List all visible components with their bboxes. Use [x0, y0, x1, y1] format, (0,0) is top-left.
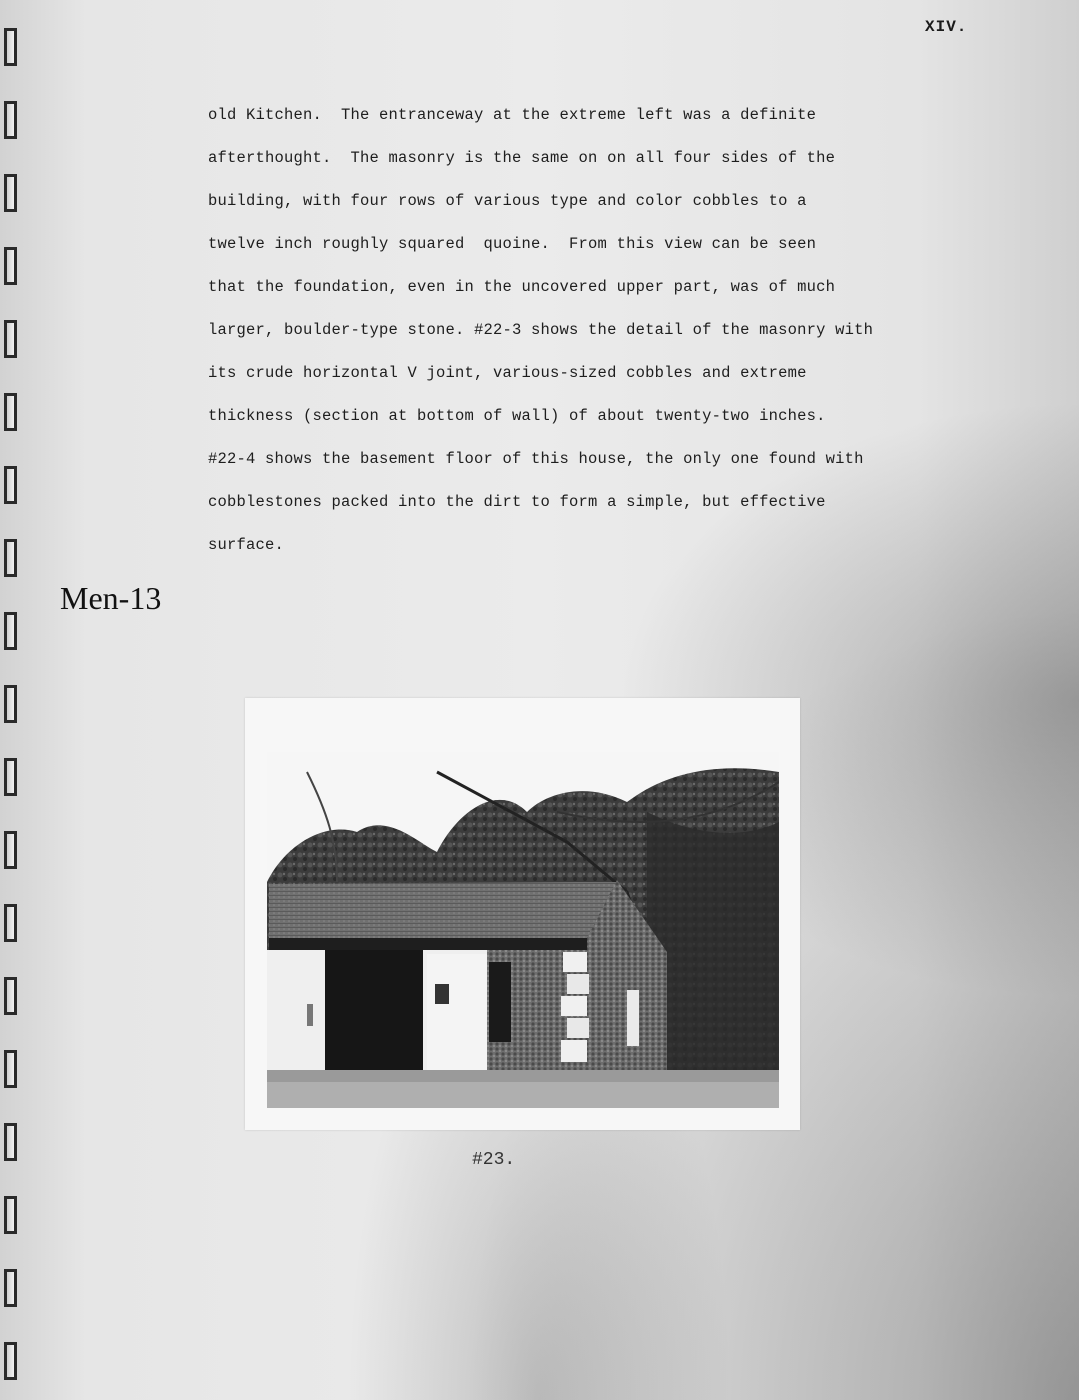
text-line: that the foundation, even in the uncover…: [208, 272, 968, 315]
binding-hole-icon: [4, 1196, 17, 1234]
building-photo: [267, 752, 779, 1108]
text-line: afterthought. The masonry is the same on…: [208, 143, 968, 186]
text-line: building, with four rows of various type…: [208, 186, 968, 229]
text-line: old Kitchen. The entranceway at the extr…: [208, 100, 968, 143]
text-line: larger, boulder-type stone. #22-3 shows …: [208, 315, 968, 358]
binding-hole-icon: [4, 612, 17, 650]
binding-hole-icon: [4, 1050, 17, 1088]
page-number: XIV.: [925, 18, 967, 36]
binding-hole-icon: [4, 758, 17, 796]
binding-hole-icon: [4, 539, 17, 577]
binding-hole-icon: [4, 393, 17, 431]
document-page: XIV. old Kitchen. The entranceway at the…: [0, 0, 1079, 1400]
binding-hole-icon: [4, 101, 17, 139]
binding-holes: [4, 0, 24, 1400]
binding-hole-icon: [4, 247, 17, 285]
photo-image: [267, 752, 779, 1108]
text-line: twelve inch roughly squared quoine. From…: [208, 229, 968, 272]
text-line: surface.: [208, 530, 968, 573]
binding-hole-icon: [4, 685, 17, 723]
text-line: thickness (section at bottom of wall) of…: [208, 401, 968, 444]
binding-hole-icon: [4, 1269, 17, 1307]
archive-label: Men-13: [60, 580, 161, 617]
photo-caption: #23.: [472, 1150, 515, 1170]
binding-hole-icon: [4, 28, 17, 66]
binding-hole-icon: [4, 831, 17, 869]
binding-hole-icon: [4, 1123, 17, 1161]
binding-hole-icon: [4, 174, 17, 212]
binding-hole-icon: [4, 1342, 17, 1380]
binding-hole-icon: [4, 466, 17, 504]
body-text: old Kitchen. The entranceway at the extr…: [208, 100, 968, 573]
binding-hole-icon: [4, 977, 17, 1015]
binding-hole-icon: [4, 904, 17, 942]
text-line: #22-4 shows the basement floor of this h…: [208, 444, 968, 487]
binding-hole-icon: [4, 320, 17, 358]
text-line: its crude horizontal V joint, various-si…: [208, 358, 968, 401]
text-line: cobblestones packed into the dirt to for…: [208, 487, 968, 530]
